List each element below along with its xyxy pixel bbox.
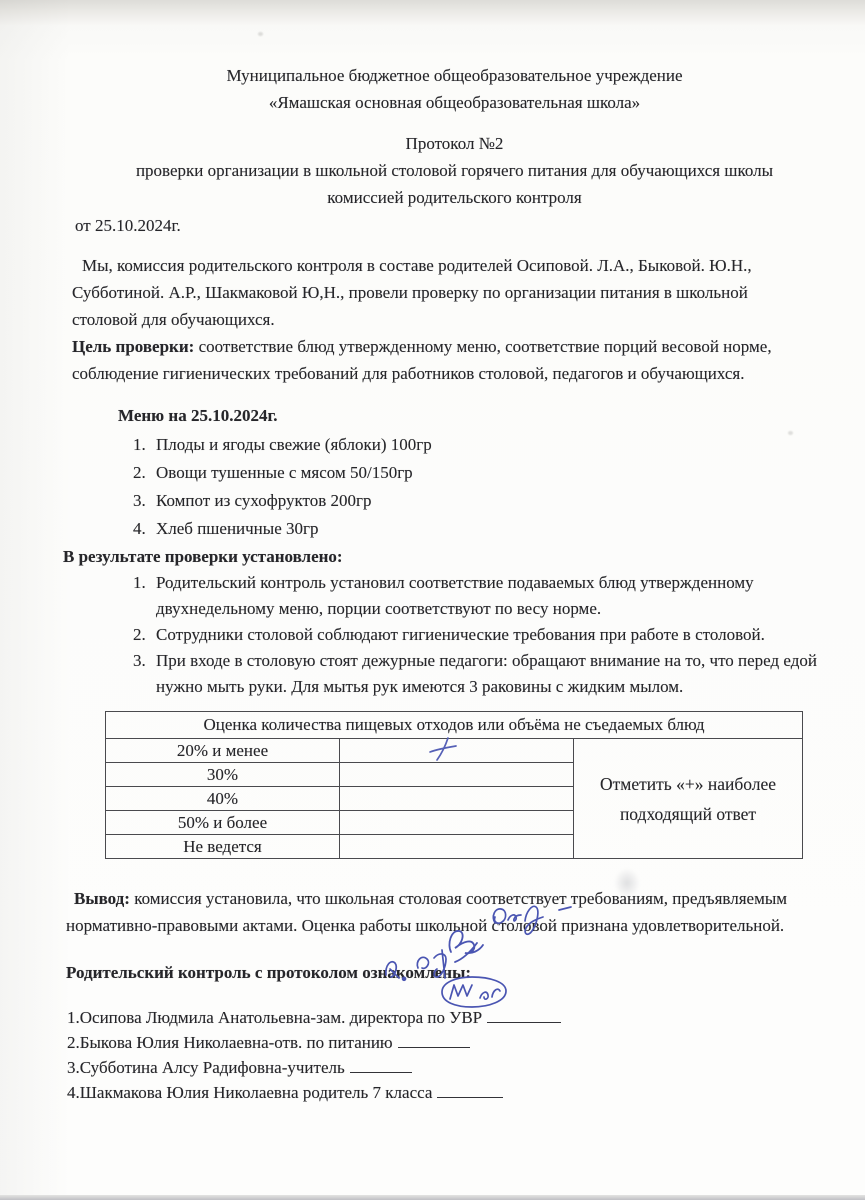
table-header-cell: Оценка количества пищевых отходов или об… — [106, 712, 803, 739]
waste-option-label: 20% и менее — [106, 739, 340, 763]
menu-item-number: 4. — [133, 515, 156, 543]
waste-mark-cell — [340, 739, 574, 763]
signature-line: 4.Шакмакова Юлия Николаевна родитель 7 к… — [67, 1080, 817, 1105]
menu-item-number: 1. — [133, 431, 156, 459]
menu-item: 1.Плоды и ягоды свежие (яблоки) 100гр — [133, 431, 817, 459]
signature-line-text: 3.Субботина Алсу Радифовна-учитель — [67, 1058, 345, 1077]
menu-item: 2.Овощи тушенные с мясом 50/150гр — [133, 459, 817, 487]
results-item: 2.Сотрудники столовой соблюдают гигиенич… — [133, 622, 833, 648]
scanned-document-page: Муниципальное бюджетное общеобразователь… — [0, 0, 865, 1200]
menu-item-number: 2. — [133, 459, 156, 487]
menu-item-text: Плоды и ягоды свежие (яблоки) 100гр — [156, 431, 817, 459]
document-content: Муниципальное бюджетное общеобразователь… — [72, 62, 817, 1105]
waste-mark-cell — [340, 763, 574, 787]
intro-paragraph: Мы, комиссия родительского контроля в со… — [72, 252, 817, 333]
signature-underline — [398, 1033, 470, 1048]
menu-item-text: Овощи тушенные с мясом 50/150гр — [156, 459, 817, 487]
doc-title: Протокол №2 — [82, 130, 827, 157]
results-item-number: 3. — [133, 648, 156, 700]
waste-mark-cell — [340, 811, 574, 835]
menu-list: 1.Плоды и ягоды свежие (яблоки) 100гр 2.… — [133, 431, 817, 543]
menu-item: 4.Хлеб пшеничные 30гр — [133, 515, 817, 543]
waste-assessment-table: Оценка количества пищевых отходов или об… — [105, 711, 803, 859]
results-item-text: Сотрудники столовой соблюдают гигиеничес… — [156, 622, 833, 648]
signature-underline — [350, 1058, 412, 1073]
waste-mark-cell — [340, 787, 574, 811]
menu-item-text: Хлеб пшеничные 30гр — [156, 515, 817, 543]
conclusion-text: комиссия установила, что школьная столов… — [66, 889, 787, 935]
signature-lines: 1.Осипова Людмила Анатольевна-зам. дирек… — [67, 1005, 817, 1105]
menu-heading: Меню на 25.10.2024г. — [118, 402, 817, 429]
signature-underline — [437, 1083, 503, 1098]
conclusion-label: Вывод: — [74, 889, 130, 908]
menu-item: 3.Компот из сухофруктов 200гр — [133, 487, 817, 515]
doc-subtitle-line1: проверки организации в школьной столовой… — [82, 157, 827, 184]
results-item-text: При входе в столовую стоят дежурные педа… — [156, 648, 833, 700]
results-item: 1.Родительский контроль установил соотве… — [133, 570, 833, 622]
scan-smudge-artifact — [614, 868, 640, 898]
scan-speck-artifact — [258, 32, 263, 36]
menu-item-text: Компот из сухофруктов 200гр — [156, 487, 817, 515]
menu-item-number: 3. — [133, 487, 156, 515]
signature-line: 3.Субботина Алсу Радифовна-учитель — [67, 1055, 817, 1080]
table-row: 20% и менее Отметить «+» наиболее подход… — [106, 739, 803, 763]
waste-option-label: 40% — [106, 787, 340, 811]
org-name-line1: Муниципальное бюджетное общеобразователь… — [82, 62, 827, 89]
results-item-text: Родительский контроль установил соответс… — [156, 570, 833, 622]
scan-bottom-edge — [0, 1195, 865, 1200]
handwritten-plus-mark — [426, 736, 460, 762]
goal-paragraph: Цель проверки: соответствие блюд утвержд… — [72, 333, 817, 387]
signature-line: 2.Быкова Юлия Николаевна-отв. по питанию — [67, 1030, 817, 1055]
goal-label: Цель проверки: — [72, 337, 194, 356]
results-item-number: 2. — [133, 622, 156, 648]
waste-option-label: 50% и более — [106, 811, 340, 835]
results-item-number: 1. — [133, 570, 156, 622]
waste-mark-cell — [340, 835, 574, 859]
conclusion-paragraph: Вывод: комиссия установила, что школьная… — [66, 885, 816, 939]
table-note-cell: Отметить «+» наиболее подходящий ответ — [574, 739, 803, 859]
signature-line-text: 2.Быкова Юлия Николаевна-отв. по питанию — [67, 1033, 393, 1052]
scan-speck-artifact — [788, 431, 793, 435]
date-line: от 25.10.2024г. — [75, 212, 817, 239]
results-item: 3.При входе в столовую стоят дежурные пе… — [133, 648, 833, 700]
doc-subtitle-line2: комиссией родительского контроля — [82, 184, 827, 211]
signature-line: 1.Осипова Людмила Анатольевна-зам. дирек… — [67, 1005, 817, 1030]
table-header-row: Оценка количества пищевых отходов или об… — [106, 712, 803, 739]
waste-option-label: 30% — [106, 763, 340, 787]
signatures-heading: Родительский контроль с протоколом ознак… — [66, 960, 817, 986]
waste-option-label: Не ведется — [106, 835, 340, 859]
signature-line-text: 4.Шакмакова Юлия Николаевна родитель 7 к… — [67, 1083, 432, 1102]
signature-line-text: 1.Осипова Людмила Анатольевна-зам. дирек… — [67, 1008, 482, 1027]
org-name-line2: «Ямашская основная общеобразовательная ш… — [82, 89, 827, 116]
results-heading: В результате проверки установлено: — [63, 544, 817, 570]
results-list: 1.Родительский контроль установил соотве… — [133, 570, 833, 700]
signature-underline — [487, 1008, 561, 1023]
